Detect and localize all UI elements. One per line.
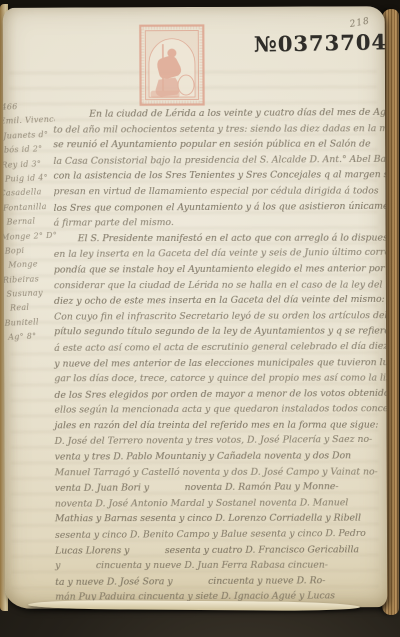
handwritten-line: venta y tres D. Pablo Mountaniy y Cañade… — [55, 448, 388, 465]
handwritten-line: venta D. Juan Bori y noventa D. Ramón Pa… — [55, 479, 388, 497]
scanned-manuscript-photo: №0373704 218 2466Emil. VivencalJuanets d… — [0, 0, 400, 637]
revenue-stamp — [139, 24, 205, 106]
folio-number: 218 — [349, 17, 371, 30]
handwritten-line: presan en virtud de llamamiento especial… — [53, 183, 387, 199]
handwritten-line: En la ciudad de Lérida a los veinte y cu… — [53, 105, 387, 123]
handwritten-line: Con cuyo fin el infrascrito Secretario l… — [54, 308, 387, 325]
handwritten-line: sesenta y cinco D. Benito Campo y Balue … — [55, 526, 387, 544]
handwritten-line: con la asistencia de los Sres Tenientes … — [53, 168, 387, 185]
manuscript-page: №0373704 218 2466Emil. VivencalJuanets d… — [3, 6, 388, 609]
handwritten-line: considerar que la ciudad de Lérida no se… — [54, 277, 387, 293]
handwritten-line: D. José del Terrero noventa y tres votos… — [55, 432, 388, 450]
deckled-bottom-edge — [28, 600, 360, 611]
handwritten-line: la Casa Consistorial bajo la presidencia… — [53, 152, 387, 170]
handwritten-line: á firmar parte del mismo. — [54, 214, 388, 231]
handwritten-line: pítulo segundo título segundo de la ley … — [54, 324, 387, 340]
handwritten-body: En la ciudad de Lérida a los veinte y cu… — [53, 105, 387, 605]
handwritten-line: ta y nueve D. José Sora y cincuenta y nu… — [55, 573, 387, 591]
handwritten-line: to del año mil ochocientos setenta y tre… — [53, 121, 387, 138]
handwritten-line: gar los días doce, trece, catorce y quin… — [54, 371, 387, 387]
handwritten-line: los Sres que componen el Ayuntamiento y … — [54, 198, 388, 216]
handwritten-line: se reunió el Ayuntamiento popular en ses… — [53, 137, 387, 153]
handwritten-line: y cincuenta y nueve D. Juan Ferra Rabasa… — [55, 558, 387, 574]
handwritten-line: diez y ocho de este mes inserta en la Ga… — [54, 292, 387, 310]
handwritten-line: pondía que se instale hoy el Ayuntamient… — [54, 261, 388, 278]
seated-figure-stamp-icon — [139, 24, 205, 106]
handwritten-line: noventa D. José Antonio Mardal y Sostane… — [55, 495, 387, 512]
handwritten-line: en la ley inserta en la Gaceta del día v… — [54, 245, 388, 263]
handwritten-line: y nueve del mes anterior de las eleccion… — [54, 355, 387, 372]
serial-number: №0373704 — [254, 29, 388, 56]
handwritten-line: Manuel Tarragó y Castelló noventa y dos … — [55, 464, 388, 480]
handwritten-line: á este acto así como el acta de escrutin… — [54, 339, 387, 357]
handwritten-line: ellos según la mencionada acta y que que… — [54, 401, 387, 418]
handwritten-line: Lucas Llorens y sesenta y cuatro D. Fran… — [55, 542, 387, 559]
handwritten-line: de los Sres elegidos por orden de mayor … — [54, 385, 387, 403]
handwritten-line: Mathias y Barnas sesenta y cinco D. Lore… — [55, 511, 387, 527]
